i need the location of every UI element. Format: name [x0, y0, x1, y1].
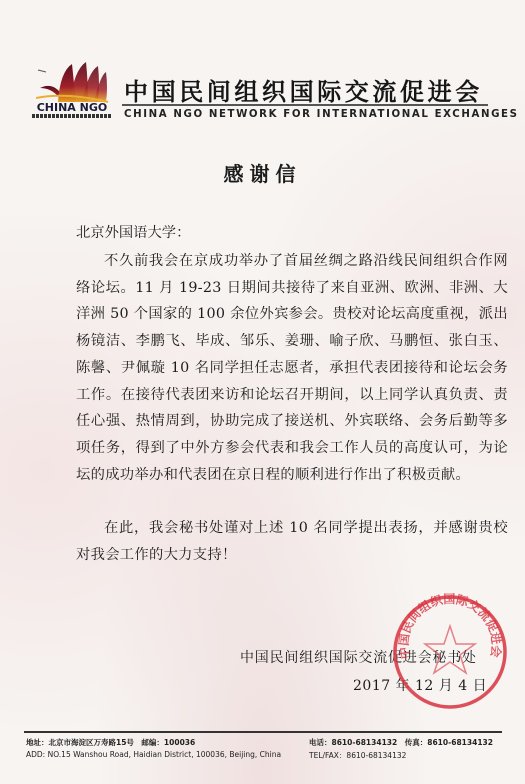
footer-address-en: ADD: NO.15 Wanshou Road, Haidian Distric…: [26, 750, 281, 759]
letter-title: 感谢信: [0, 158, 525, 187]
logo-text: CHINA NGO: [32, 102, 112, 113]
header-divider: [122, 104, 488, 106]
footer-tel-fax-cn: 电话：8610-68134132 传真：8610-68134132: [309, 737, 493, 748]
official-seal-icon: 中国民间组织国际交流促进会: [390, 592, 510, 712]
footer-tel-fax-en: TEL/FAX：8610-68134132: [309, 750, 406, 761]
footer-address-cn: 地址：北京市海淀区万寿路15号 邮编：100036: [26, 737, 195, 748]
org-name-en: CHINA NGO NETWORK FOR INTERNATIONAL EXCH…: [124, 109, 519, 120]
letterhead: CHINA NGO 中国民间组织国际交流促进会 CHINA NGO NETWOR…: [28, 58, 498, 124]
letter-page: CHINA NGO 中国民间组织国际交流促进会 CHINA NGO NETWOR…: [0, 0, 525, 784]
china-ngo-logo: CHINA NGO: [28, 58, 113, 120]
org-name-cn: 中国民间组织国际交流促进会: [124, 72, 483, 107]
footer-divider: [24, 731, 502, 733]
body-paragraph-2: 在此，我会秘书处谨对上述 10 名同学提出表扬，并感谢贵校对我会工作的大力支持！: [76, 515, 508, 568]
body-paragraph-1: 不久前我会在京成功举办了首届丝绸之路沿线民间组织合作网络论坛。11 月 19-2…: [76, 248, 508, 488]
salutation: 北京外国语大学：: [76, 222, 190, 242]
logo-subtitle: [32, 114, 112, 118]
sails-logo-icon: [36, 58, 110, 104]
